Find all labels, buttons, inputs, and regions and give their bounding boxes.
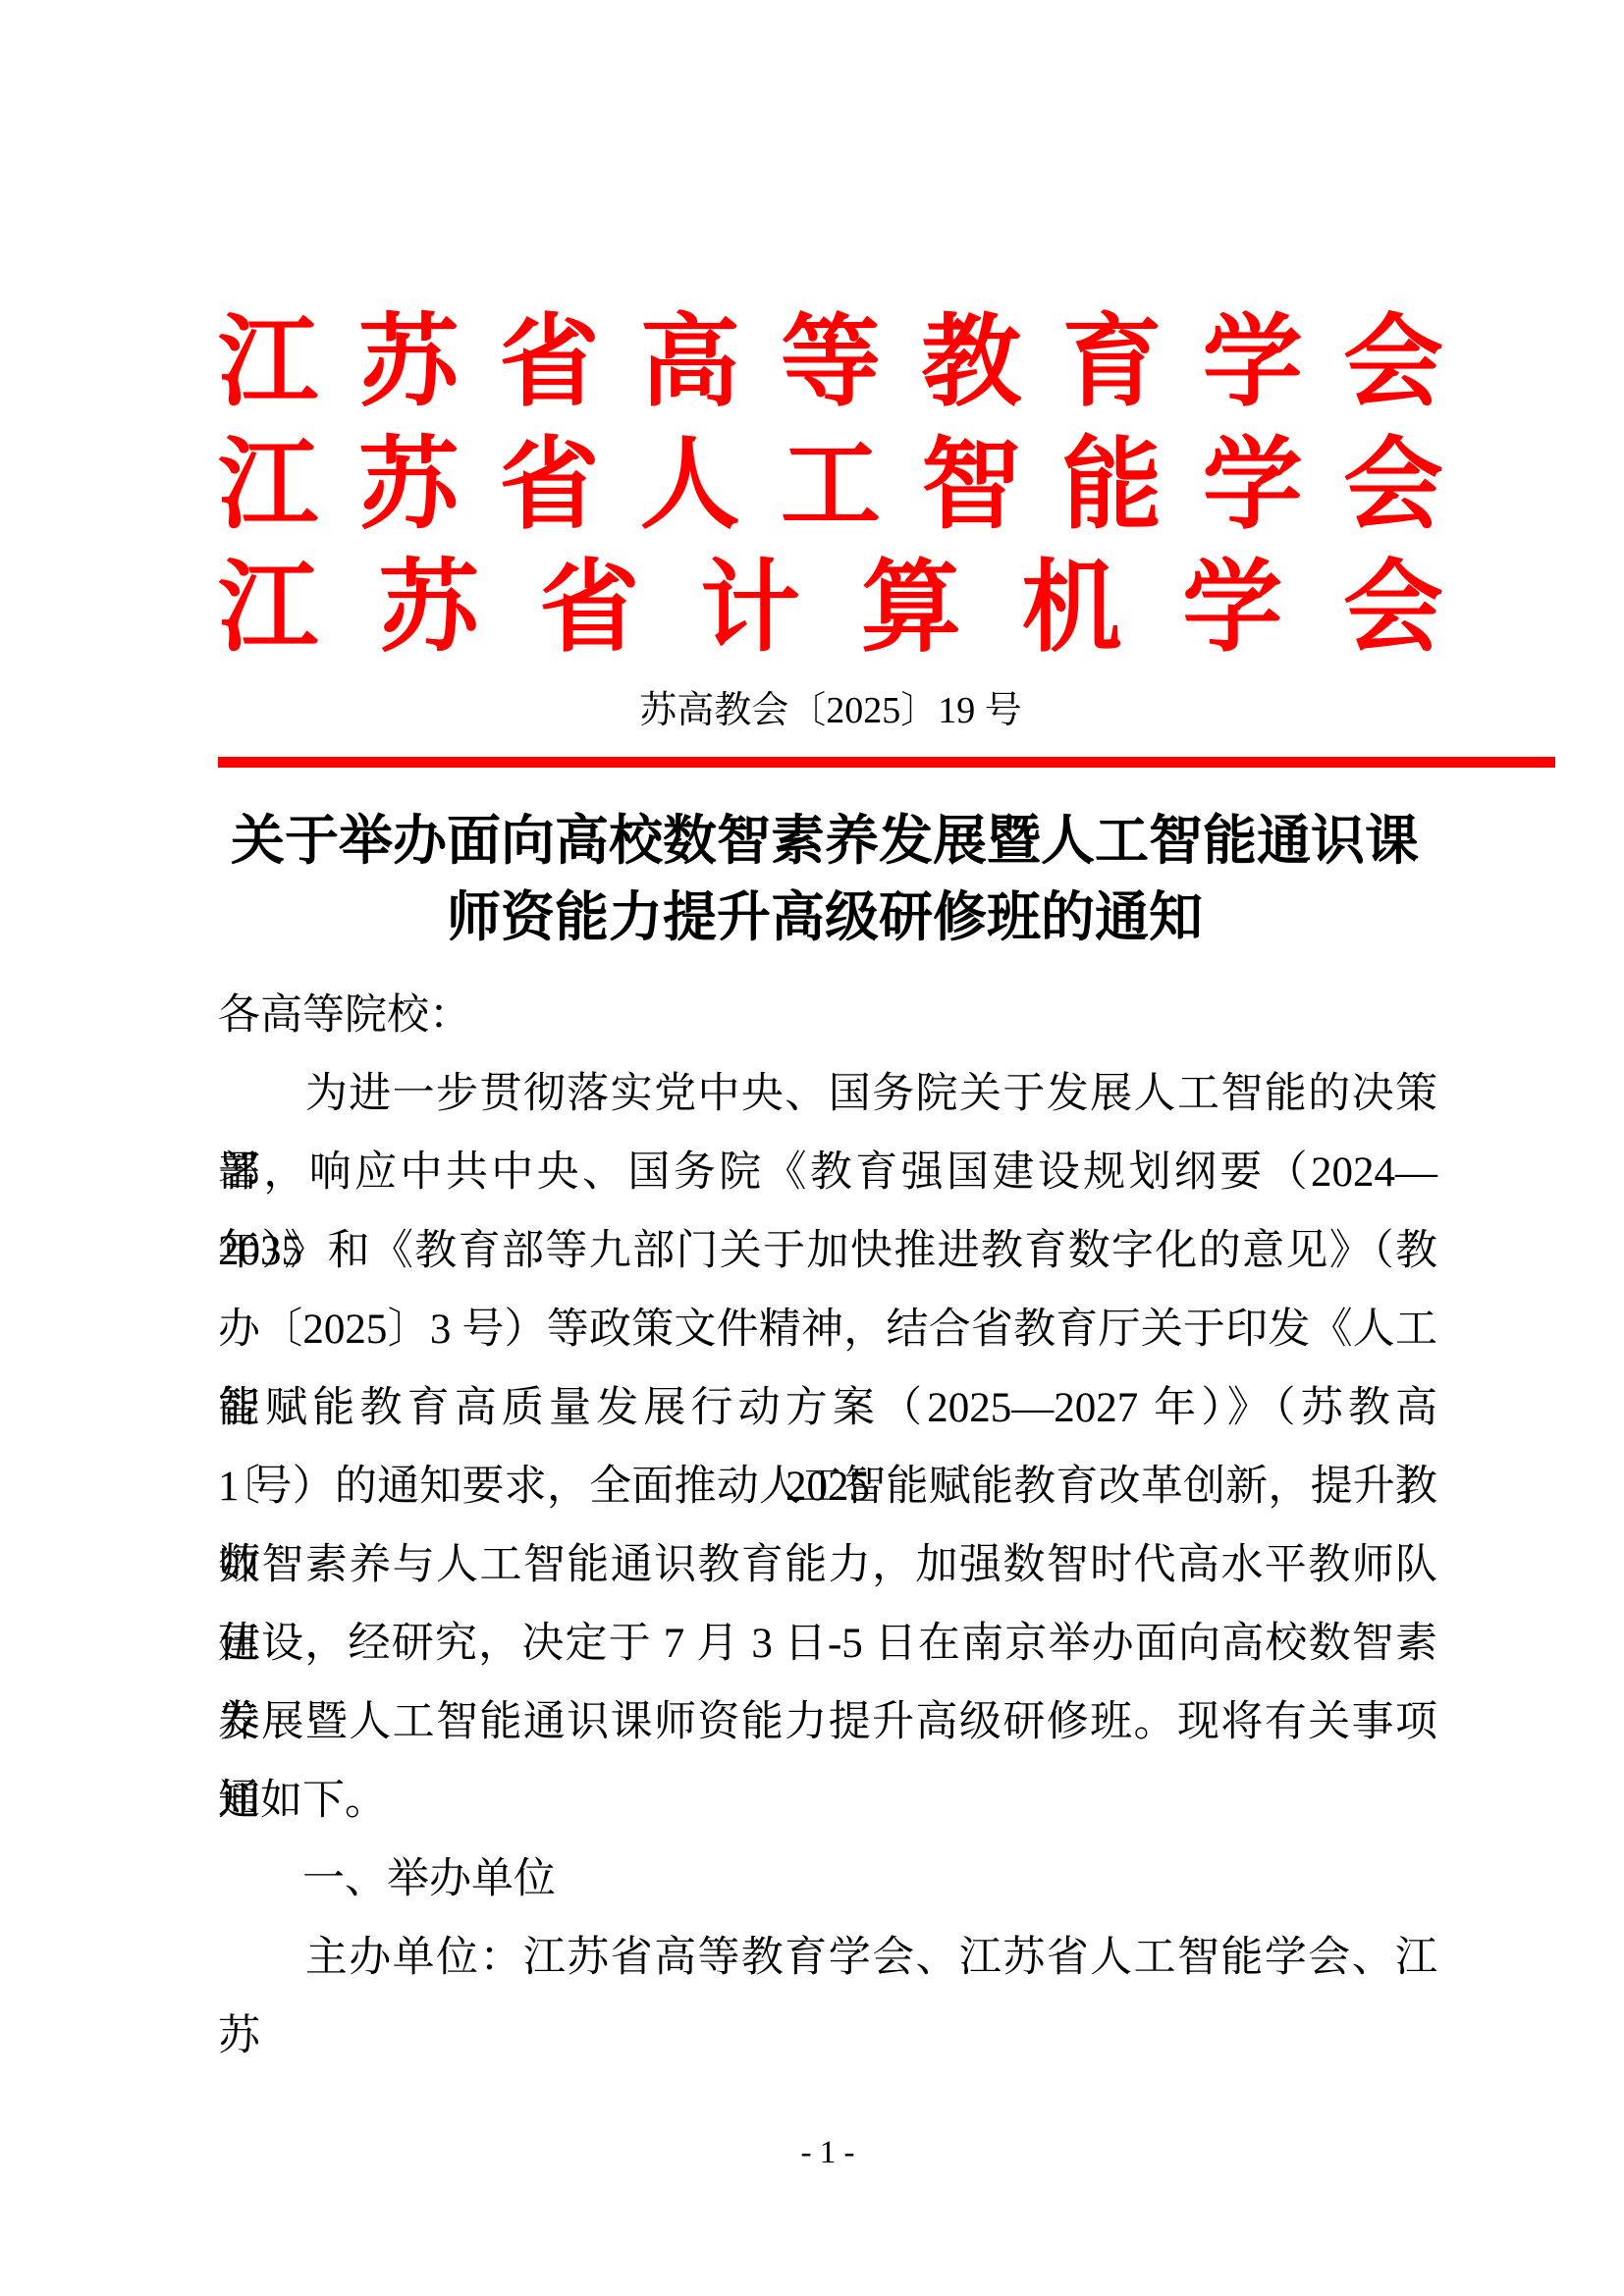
org-title-char: 高 [640,302,740,425]
body-line: 建设，经研究，决定于 7 月 3 日-5 日在南京举办面向高校数智素养 [218,1605,1437,1683]
org-title-char: 苏 [358,302,459,425]
org-title-char: 苏 [379,548,479,670]
body-text: 各高等院校： 为进一步贯彻落实党中央、国务院关于发展人工智能的决策部署，响应中共… [218,977,1437,1998]
body-line: 年）》和《教育部等九部门关于加快推进教育数字化的意见》（教 [218,1212,1437,1291]
org-title-char: 计 [700,548,800,670]
org-title-char: 省 [500,425,600,548]
body-line: 署，响应中共中央、国务院《教育强国建设规划纲要（2024—2035 [218,1134,1437,1212]
org-title-char: 江 [218,548,318,670]
org-title-line: 江苏省高等教育学会 [218,302,1443,425]
org-title-char: 江 [218,425,318,548]
org-title-char: 苏 [358,425,459,548]
org-title-char: 人 [640,425,740,548]
org-title-char: 会 [1343,548,1443,670]
body-line: 数智素养与人工智能通识教育能力，加强数智时代高水平教师队伍 [218,1526,1437,1605]
document-number: 苏高教会〔2025〕19 号 [218,681,1443,740]
document-title-line-2: 师资能力提升高级研修班的通知 [157,880,1492,956]
org-title-char: 工 [781,425,881,548]
body-line: 1 号）的通知要求，全面推动人工智能赋能教育改革创新，提升教师 [218,1448,1437,1526]
body-line: 为进一步贯彻落实党中央、国务院关于发展人工智能的决策部 [218,1055,1437,1134]
org-title-char: 教 [921,302,1021,425]
org-title-line: 江苏省计算机学会 [218,548,1443,670]
org-title-block: 江苏省高等教育学会江苏省人工智能学会江苏省计算机学会 [218,302,1443,670]
org-title-char: 会 [1343,302,1443,425]
org-title-char: 会 [1343,425,1443,548]
org-title-char: 等 [781,302,881,425]
org-title-char: 算 [861,548,961,670]
document-title: 关于举办面向高校数智素养发展暨人工智能通识课 师资能力提升高级研修班的通知 [157,803,1492,956]
body-line: 知如下。 [218,1762,1437,1841]
org-title-char: 学 [1182,548,1282,670]
org-title-line: 江苏省人工智能学会 [218,425,1443,548]
org-title-char: 学 [1203,302,1303,425]
body-line: 能赋能教育高质量发展行动方案（2025—2027 年）》（苏教高〔2025〕 [218,1369,1437,1448]
org-title-char: 省 [500,302,600,425]
page-number: - 1 - [218,2128,1437,2177]
document-title-line-1: 关于举办面向高校数智素养发展暨人工智能通识课 [157,803,1492,880]
body-line: 各高等院校： [218,977,1437,1055]
org-title-char: 能 [1062,425,1163,548]
org-title-char: 育 [1062,302,1163,425]
body-line: 一、举办单位 [218,1841,1437,1919]
red-divider-rule [218,757,1555,768]
body-line: 主办单位：江苏省高等教育学会、江苏省人工智能学会、江苏 [218,1919,1437,1998]
org-title-char: 机 [1022,548,1122,670]
org-title-char: 省 [539,548,639,670]
org-title-char: 智 [921,425,1021,548]
org-title-char: 学 [1203,425,1303,548]
org-title-char: 江 [218,302,318,425]
body-line: 发展暨人工智能通识课师资能力提升高级研修班。现将有关事项通 [218,1683,1437,1762]
document-page: 江苏省高等教育学会江苏省人工智能学会江苏省计算机学会 苏高教会〔2025〕19 … [0,0,1624,2296]
body-line: 办〔2025〕3 号）等政策文件精神，结合省教育厅关于印发《人工智 [218,1291,1437,1369]
